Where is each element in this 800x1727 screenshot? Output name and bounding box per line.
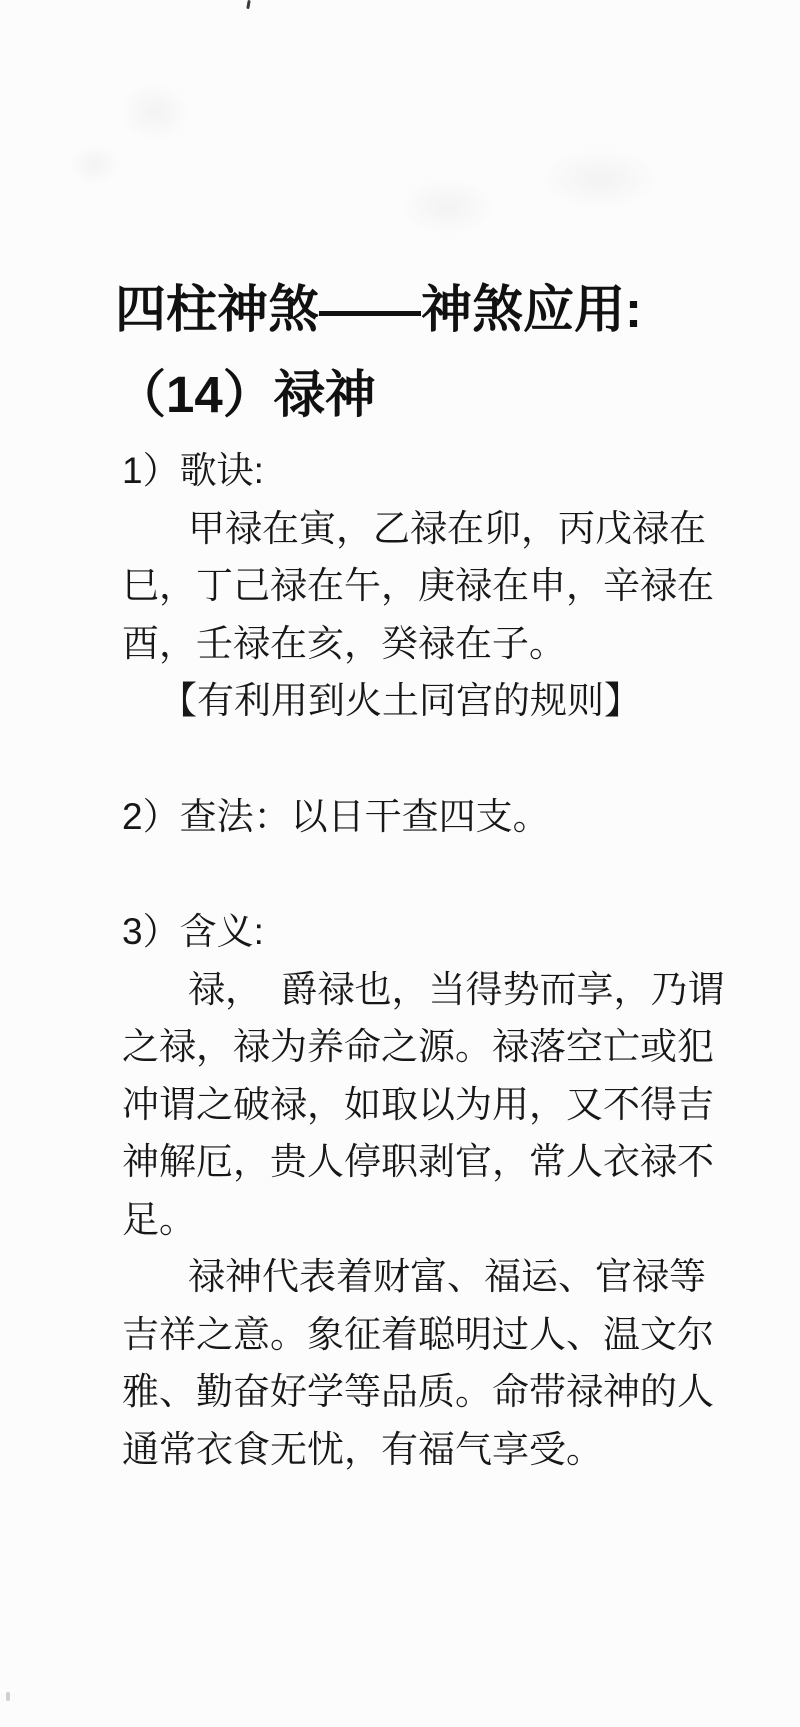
text-line: 之禄，禄为养命之源。禄落空亡或犯 [122,1018,762,1076]
ink-speck [6,1692,10,1701]
section-heading: 3）含义: [122,903,762,961]
text-line: 禄， 爵禄也，当得势而享，乃谓 [122,961,762,1019]
title-line-2: （14）禄神 [115,352,762,437]
page-title: 四柱神煞——神煞应用: （14）禄神 [115,267,762,437]
text-line: 冲谓之破禄，如取以为用，又不得吉 [122,1076,762,1134]
text-line: 酉，壬禄在亥，癸禄在子。 [122,615,762,673]
text-line: 足。 [122,1191,762,1249]
background-smudge [70,145,120,185]
section-method: 2）查法：以日干查四支。 [122,788,762,846]
background-smudge [400,178,495,236]
text-line: 通常衣食无忧，有福气享受。 [122,1421,762,1479]
section-formula: 1）歌诀: 甲禄在寅，乙禄在卯，丙戊禄在 巳，丁己禄在午，庚禄在申，辛禄在 酉，… [122,442,762,730]
text-line: 吉祥之意。象征着聪明过人、温文尔 [122,1306,762,1364]
section-heading: 2）查法：以日干查四支。 [122,788,762,846]
text-line: 巳，丁己禄在午，庚禄在申，辛禄在 [122,557,762,615]
title-line-1: 四柱神煞——神煞应用: [115,267,762,352]
text-line: 甲禄在寅，乙禄在卯，丙戊禄在 [122,500,762,558]
ink-speck [246,0,251,9]
section-meaning: 3）含义: 禄， 爵禄也，当得势而享，乃谓 之禄，禄为养命之源。禄落空亡或犯 冲… [122,903,762,1478]
text-line: 禄神代表着财富、福运、官禄等 [122,1248,762,1306]
background-smudge [120,82,190,142]
background-smudge [540,148,660,210]
document-page: 四柱神煞——神煞应用: （14）禄神 1）歌诀: 甲禄在寅，乙禄在卯，丙戊禄在 … [122,267,762,1478]
section-heading: 1）歌诀: [122,442,762,500]
text-line-bracket-note: 【有利用到火土同宫的规则】 [122,672,762,730]
text-line: 雅、勤奋好学等品质。命带禄神的人 [122,1363,762,1421]
text-line: 神解厄，贵人停职剥官，常人衣禄不 [122,1133,762,1191]
